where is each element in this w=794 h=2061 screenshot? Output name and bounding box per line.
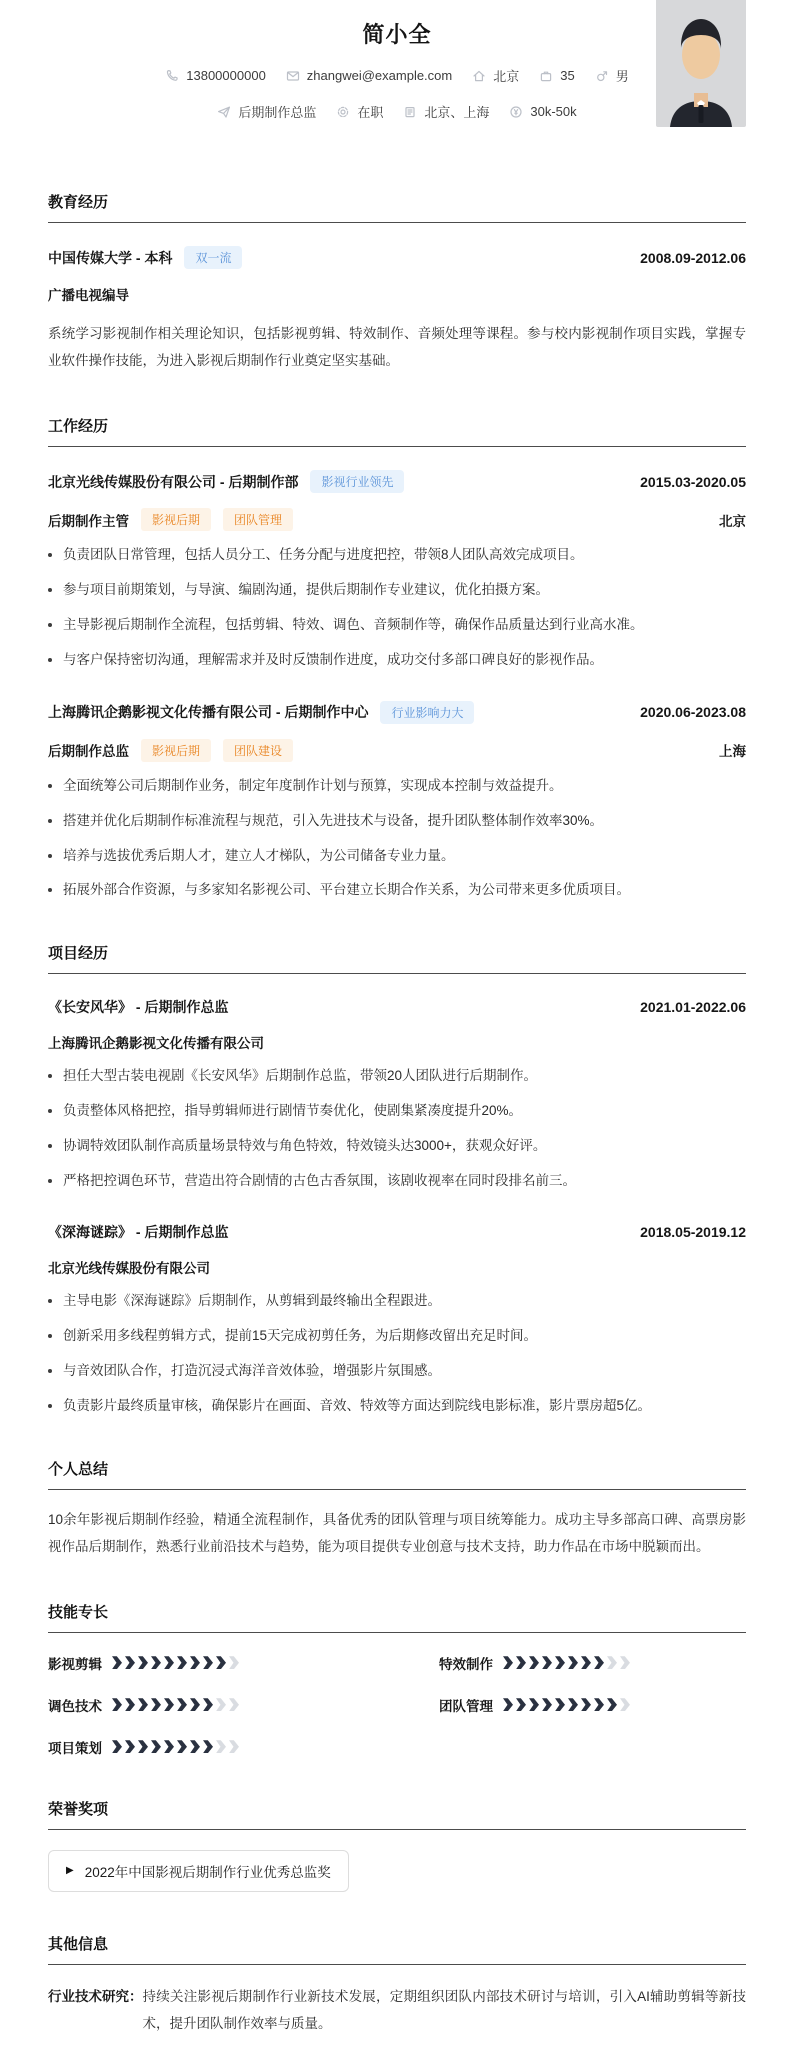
job-status-value: 在职 — [357, 102, 383, 121]
bullet-dot — [48, 553, 52, 557]
project-company: 上海腾讯企鹅影视文化传播有限公司 — [48, 1032, 264, 1052]
bullet-dot — [48, 1369, 52, 1373]
summary-text: 10余年影视后期制作经验，精通全流程制作，具备优秀的团队管理与项目统筹能力。成功… — [48, 1506, 746, 1560]
city-item: 北京、上海 — [403, 102, 489, 121]
school-badge: 双一流 — [184, 246, 242, 269]
project-entry: 《长安风华》 - 后期制作总监 2021.01-2022.06 上海腾讯企鹅影视… — [48, 997, 746, 1192]
list-item: 负责团队日常管理，包括人员分工、任务分配与进度把控，带领8人团队高效完成项目。 — [48, 545, 746, 566]
list-item: 担任大型古装电视剧《长安风华》后期制作总监，带领20人团队进行后期制作。 — [48, 1066, 746, 1087]
work-entry: 上海腾讯企鹅影视文化传播有限公司 - 后期制作中心 行业影响力大 2020.06… — [48, 701, 746, 902]
skill-project-planning: 项目策划 — [48, 1737, 355, 1757]
email-value: zhangwei@example.com — [307, 68, 452, 83]
project-bullets: 担任大型古装电视剧《长安风华》后期制作总监，带领20人团队进行后期制作。 负责整… — [48, 1066, 746, 1192]
phone-item: 13800000000 — [165, 68, 266, 83]
project-name: 《深海谜踪》 - 后期制作总监 — [48, 1222, 228, 1242]
skill-level-bar — [503, 1656, 630, 1669]
section-skills: 技能专长 影视剪辑 特效制作 调色技术 团队管理 项目策划 — [48, 1601, 746, 1757]
bullet-dot — [48, 588, 52, 592]
other-info-row: 行业技术研究： 持续关注影视后期制作行业新技术发展，定期组织团队内部技术研讨与培… — [48, 1983, 746, 2037]
project-name: 《长安风华》 - 后期制作总监 — [48, 997, 228, 1017]
skill-level-bar — [112, 1740, 239, 1753]
section-other: 其他信息 行业技术研究： 持续关注影视后期制作行业新技术发展，定期组织团队内部技… — [48, 1933, 746, 2037]
phone-value: 13800000000 — [186, 68, 266, 83]
job-tag: 团队建设 — [223, 739, 293, 762]
job-tag: 影视后期 — [141, 739, 211, 762]
section-title-other: 其他信息 — [48, 1933, 746, 1965]
job-intention-item: 后期制作总监 — [217, 102, 316, 121]
other-info-text: 持续关注影视后期制作行业新技术发展，定期组织团队内部技术研讨与培训，引入AI辅助… — [143, 1983, 747, 2037]
skill-color-grading: 调色技术 — [48, 1695, 355, 1715]
contact-row-1: 13800000000 zhangwei@example.com 北京 35 — [48, 66, 746, 85]
play-triangle-icon: ▶ — [66, 1866, 74, 1876]
job-bullets: 全面统筹公司后期制作业务，制定年度制作计划与预算，实现成本控制与效益提升。 搭建… — [48, 776, 746, 902]
company-name: 北京光线传媒股份有限公司 - 后期制作部 — [48, 472, 298, 492]
education-description: 系统学习影视制作相关理论知识，包括影视剪辑、特效制作、音频处理等课程。参与校内影… — [48, 320, 746, 374]
age-value: 35 — [560, 68, 574, 83]
skill-level-bar — [503, 1698, 630, 1711]
phone-icon — [165, 69, 179, 83]
bullet-dot — [48, 1109, 52, 1113]
list-item: 协调特效团队制作高质量场景特效与角色特效，特效镜头达3000+，获观众好评。 — [48, 1136, 746, 1157]
job-intention-value: 后期制作总监 — [238, 102, 316, 121]
skill-vfx: 特效制作 — [439, 1653, 746, 1673]
section-work: 工作经历 北京光线传媒股份有限公司 - 后期制作部 影视行业领先 2015.03… — [48, 415, 746, 901]
section-title-honors: 荣誉奖项 — [48, 1798, 746, 1830]
section-title-summary: 个人总结 — [48, 1458, 746, 1490]
bullet-dot — [48, 1144, 52, 1148]
gender-item: 男 — [595, 66, 629, 85]
list-item: 全面统筹公司后期制作业务，制定年度制作计划与预算，实现成本控制与效益提升。 — [48, 776, 746, 797]
bullet-dot — [48, 658, 52, 662]
location-value: 北京 — [493, 66, 519, 85]
bullet-dot — [48, 1074, 52, 1078]
education-entry: 中国传媒大学 - 本科 双一流 2008.09-2012.06 广播电视编导 系… — [48, 246, 746, 374]
company-badge: 行业影响力大 — [380, 701, 474, 724]
section-projects: 项目经历 《长安风华》 - 后期制作总监 2021.01-2022.06 上海腾… — [48, 942, 746, 1416]
company-badge: 影视行业领先 — [310, 470, 404, 493]
section-title-skills: 技能专长 — [48, 1601, 746, 1633]
education-date: 2008.09-2012.06 — [640, 250, 746, 266]
job-role: 后期制作总监 — [48, 740, 129, 760]
job-status-icon — [336, 105, 350, 119]
job-city: 上海 — [719, 740, 746, 760]
section-honors: 荣誉奖项 ▶ 2022年中国影视后期制作行业优秀总监奖 — [48, 1798, 746, 1892]
project-bullets: 主导电影《深海谜踪》后期制作，从剪辑到最终输出全程跟进。 创新采用多线程剪辑方式… — [48, 1291, 746, 1417]
skill-video-editing: 影视剪辑 — [48, 1653, 355, 1673]
list-item: 搭建并优化后期制作标准流程与规范，引入先进技术与设备，提升团队整体制作效率30%… — [48, 811, 746, 832]
section-title-education: 教育经历 — [48, 191, 746, 223]
major-name: 广播电视编导 — [48, 284, 129, 304]
list-item: 负责整体风格把控，指导剪辑师进行剧情节奏优化，使剧集紧凑度提升20%。 — [48, 1101, 746, 1122]
bullet-dot — [48, 623, 52, 627]
gender-icon — [595, 69, 609, 83]
email-icon — [286, 69, 300, 83]
age-icon — [539, 69, 553, 83]
home-icon — [472, 69, 486, 83]
location-item: 北京 — [472, 66, 519, 85]
job-tag: 团队管理 — [223, 508, 293, 531]
list-item: 参与项目前期策划，与导演、编剧沟通，提供后期制作专业建议，优化拍摄方案。 — [48, 580, 746, 601]
school-name: 中国传媒大学 - 本科 — [48, 248, 172, 268]
bullet-dot — [48, 1404, 52, 1408]
contact-row-2: 后期制作总监 在职 北京、上海 30k-50k — [48, 102, 746, 121]
job-status-item: 在职 — [336, 102, 383, 121]
job-role: 后期制作主管 — [48, 510, 129, 530]
project-date: 2021.01-2022.06 — [640, 999, 746, 1015]
section-title-work: 工作经历 — [48, 415, 746, 447]
list-item: 与客户保持密切沟通，理解需求并及时反馈制作进度，成功交付多部口碑良好的影视作品。 — [48, 650, 746, 671]
resume-page: 简小全 13800000000 zhangwei@example.com 北京 — [0, 0, 794, 2061]
bullet-dot — [48, 1334, 52, 1338]
section-education: 教育经历 中国传媒大学 - 本科 双一流 2008.09-2012.06 广播电… — [48, 191, 746, 374]
age-item: 35 — [539, 68, 574, 83]
list-item: 负责影片最终质量审核，确保影片在画面、音效、特效等方面达到院线电影标准，影片票房… — [48, 1396, 746, 1417]
skill-team-management: 团队管理 — [439, 1695, 746, 1715]
city-value: 北京、上海 — [424, 102, 489, 121]
project-entry: 《深海谜踪》 - 后期制作总监 2018.05-2019.12 北京光线传媒股份… — [48, 1222, 746, 1417]
section-title-projects: 项目经历 — [48, 942, 746, 974]
bullet-dot — [48, 888, 52, 892]
list-item: 主导影视后期制作全流程，包括剪辑、特效、调色、音频制作等，确保作品质量达到行业高… — [48, 615, 746, 636]
skill-level-bar — [112, 1656, 239, 1669]
list-item: 严格把控调色环节，营造出符合剧情的古色古香氛围，该剧收视率在同时段排名前三。 — [48, 1171, 746, 1192]
project-company: 北京光线传媒股份有限公司 — [48, 1257, 210, 1277]
list-item: 与音效团队合作，打造沉浸式海洋音效体验，增强影片氛围感。 — [48, 1361, 746, 1382]
job-city: 北京 — [719, 510, 746, 530]
salary-value: 30k-50k — [530, 104, 576, 119]
salary-icon — [509, 105, 523, 119]
job-bullets: 负责团队日常管理，包括人员分工、任务分配与进度把控，带领8人团队高效完成项目。 … — [48, 545, 746, 671]
honor-item: ▶ 2022年中国影视后期制作行业优秀总监奖 — [48, 1850, 349, 1892]
other-info-label: 行业技术研究： — [48, 1983, 143, 2037]
city-icon — [403, 105, 417, 119]
bullet-dot — [48, 819, 52, 823]
job-intention-icon — [217, 105, 231, 119]
bullet-dot — [48, 854, 52, 858]
list-item: 创新采用多线程剪辑方式，提前15天完成初剪任务，为后期修改留出充足时间。 — [48, 1326, 746, 1347]
project-date: 2018.05-2019.12 — [640, 1224, 746, 1240]
candidate-name: 简小全 — [48, 18, 746, 49]
bullet-dot — [48, 1299, 52, 1303]
skill-level-bar — [112, 1698, 239, 1711]
honor-text: 2022年中国影视后期制作行业优秀总监奖 — [85, 1861, 331, 1881]
resume-header: 简小全 13800000000 zhangwei@example.com 北京 — [48, 0, 746, 150]
work-entry: 北京光线传媒股份有限公司 - 后期制作部 影视行业领先 2015.03-2020… — [48, 470, 746, 671]
work-date: 2015.03-2020.05 — [640, 474, 746, 490]
list-item: 拓展外部合作资源，与多家知名影视公司、平台建立长期合作关系，为公司带来更多优质项… — [48, 880, 746, 901]
work-date: 2020.06-2023.08 — [640, 704, 746, 720]
list-item: 主导电影《深海谜踪》后期制作，从剪辑到最终输出全程跟进。 — [48, 1291, 746, 1312]
gender-value: 男 — [616, 66, 629, 85]
list-item: 培养与选拔优秀后期人才，建立人才梯队，为公司储备专业力量。 — [48, 846, 746, 867]
skills-grid: 影视剪辑 特效制作 调色技术 团队管理 项目策划 — [48, 1653, 746, 1757]
job-tag: 影视后期 — [141, 508, 211, 531]
salary-item: 30k-50k — [509, 104, 576, 119]
avatar — [656, 0, 746, 127]
company-name: 上海腾讯企鹅影视文化传播有限公司 - 后期制作中心 — [48, 702, 368, 722]
bullet-dot — [48, 784, 52, 788]
email-item: zhangwei@example.com — [286, 68, 452, 83]
bullet-dot — [48, 1179, 52, 1183]
section-summary: 个人总结 10余年影视后期制作经验，精通全流程制作，具备优秀的团队管理与项目统筹… — [48, 1458, 746, 1560]
